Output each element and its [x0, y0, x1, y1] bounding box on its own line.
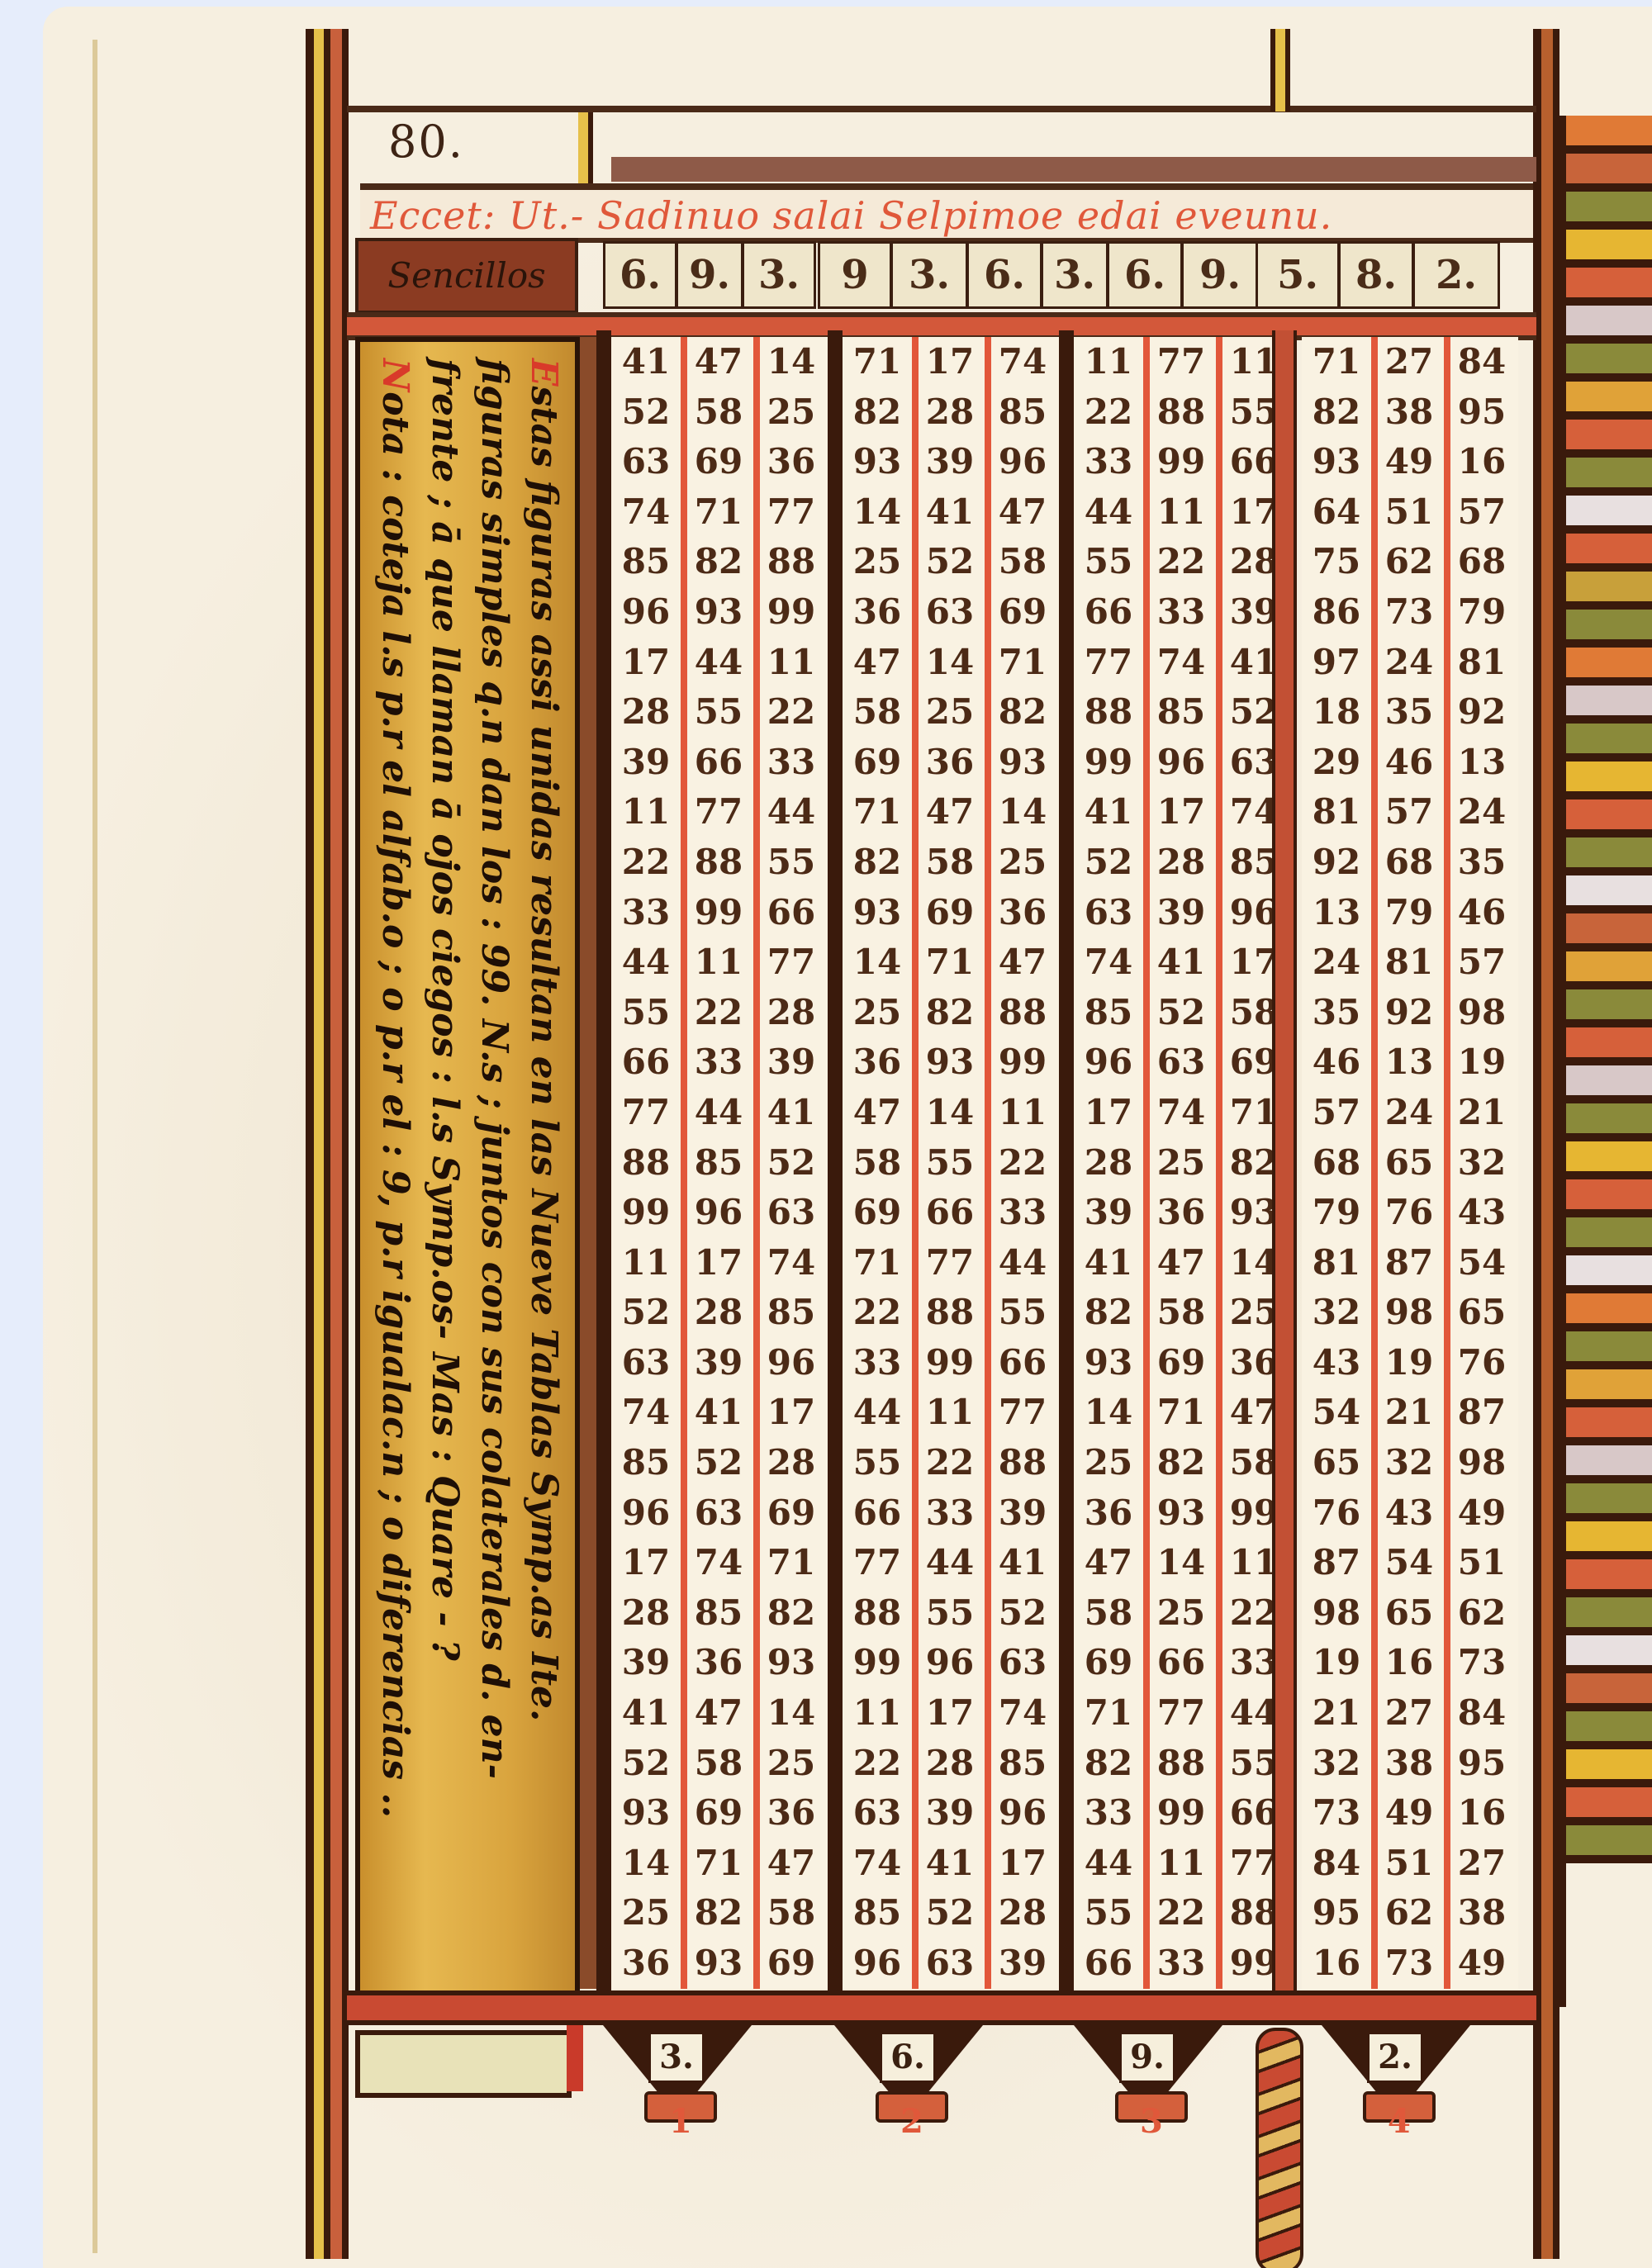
- number-cell: 39: [988, 1488, 1057, 1539]
- number-cell: 44: [915, 1538, 985, 1588]
- number-cell: 77: [915, 1238, 985, 1288]
- number-cell: 14: [988, 787, 1057, 837]
- number-cell: 71: [1302, 337, 1371, 387]
- number-column: 7182931425364758697182931425364758697122…: [843, 337, 912, 1989]
- number-cell: 74: [1146, 638, 1216, 688]
- border-stripe: [1566, 534, 1652, 572]
- number-cell: 22: [684, 988, 753, 1038]
- header-digit-cell: 6.: [603, 241, 677, 309]
- number-cell: 22: [1074, 387, 1143, 438]
- number-cell: 38: [1374, 387, 1444, 438]
- number-cell: 88: [1074, 687, 1143, 738]
- number-cell: 69: [757, 1938, 826, 1989]
- number-cell: 41: [1146, 937, 1216, 988]
- number-cell: 44: [684, 1088, 753, 1138]
- number-cell: 22: [1146, 1888, 1216, 1938]
- number-cell: 47: [843, 638, 912, 688]
- number-cell: 44: [1074, 487, 1143, 538]
- top-rule-1: [347, 106, 1536, 112]
- right-striped-border: [1559, 116, 1652, 2007]
- number-cell: 99: [988, 1037, 1057, 1088]
- number-cell: 58: [684, 387, 753, 438]
- initial-e: E: [523, 358, 565, 387]
- number-cell: 82: [843, 387, 912, 438]
- number-cell: 62: [1374, 537, 1444, 587]
- number-cell: 47: [1074, 1538, 1143, 1588]
- number-cell: 49: [1447, 1488, 1517, 1539]
- number-cell: 47: [843, 1088, 912, 1138]
- number-cell: 88: [915, 1288, 985, 1338]
- number-cell: 41: [988, 1538, 1057, 1588]
- number-cell: 36: [988, 888, 1057, 938]
- number-cell: 58: [915, 837, 985, 888]
- number-cell: 93: [757, 1638, 826, 1688]
- header-digit-cell: 6.: [1107, 241, 1183, 309]
- number-cell: 74: [988, 1688, 1057, 1739]
- red-column-rule: [1371, 337, 1378, 1989]
- number-cell: 14: [843, 937, 912, 988]
- number-cell: 44: [988, 1238, 1057, 1288]
- number-cell: 71: [843, 337, 912, 387]
- number-cell: 73: [1374, 587, 1444, 638]
- number-cell: 52: [1074, 837, 1143, 888]
- number-cell: 79: [1374, 888, 1444, 938]
- number-cell: 11: [611, 787, 681, 837]
- number-column: 2738495162732435465768798192132465768798…: [1374, 337, 1444, 1989]
- number-cell: 27: [1447, 1839, 1517, 1889]
- number-cell: 52: [684, 1438, 753, 1488]
- header-digit-cell: 3.: [1041, 241, 1108, 309]
- number-cell: 51: [1374, 1839, 1444, 1889]
- number-cell: 55: [915, 1588, 985, 1639]
- border-stripe: [1566, 458, 1652, 496]
- number-cell: 88: [988, 988, 1057, 1038]
- number-cell: 84: [1447, 1688, 1517, 1739]
- number-cell: 11: [1074, 337, 1143, 387]
- number-cell: 84: [1447, 337, 1517, 387]
- border-stripe: [1566, 1141, 1652, 1179]
- number-cell: 77: [988, 1388, 1057, 1438]
- number-cell: 58: [757, 1888, 826, 1938]
- border-stripe: [1566, 1027, 1652, 1065]
- header-digit-cell: 6.: [966, 241, 1042, 309]
- number-cell: 16: [1447, 1788, 1517, 1839]
- number-cell: 17: [684, 1238, 753, 1288]
- header-red-band: [347, 312, 1536, 340]
- number-cell: 17: [611, 1538, 681, 1588]
- number-cell: 71: [1146, 1388, 1216, 1438]
- number-cell: 52: [915, 537, 985, 587]
- border-stripe: [1566, 762, 1652, 799]
- number-cell: 11: [757, 638, 826, 688]
- number-cell: 63: [915, 587, 985, 638]
- border-stripe: [1566, 1445, 1652, 1483]
- number-cell: 66: [843, 1488, 912, 1539]
- number-column: 4152637485961728391122334455667788991152…: [611, 337, 681, 1989]
- number-cell: 88: [1146, 1739, 1216, 1789]
- number-cell: 98: [1374, 1288, 1444, 1338]
- number-cell: 93: [843, 437, 912, 487]
- number-cell: 93: [611, 1788, 681, 1839]
- border-stripe: [1566, 1749, 1652, 1787]
- number-cell: 82: [1146, 1438, 1216, 1488]
- number-cell: 93: [684, 587, 753, 638]
- number-cell: 17: [988, 1839, 1057, 1889]
- number-cell: 47: [1146, 1238, 1216, 1288]
- border-stripe: [1566, 724, 1652, 762]
- number-cell: 85: [1074, 988, 1143, 1038]
- number-cell: 21: [1302, 1688, 1371, 1739]
- number-cell: 71: [915, 937, 985, 988]
- number-cell: 74: [1074, 937, 1143, 988]
- number-cell: 92: [1374, 988, 1444, 1038]
- number-cell: 25: [843, 988, 912, 1038]
- number-cell: 66: [1074, 1938, 1143, 1989]
- number-cell: 87: [1447, 1388, 1517, 1438]
- header-label-sencillos: Sencillos: [355, 238, 578, 314]
- number-cell: 36: [611, 1938, 681, 1989]
- number-cell: 46: [1374, 738, 1444, 788]
- number-cell: 52: [988, 1588, 1057, 1639]
- number-cell: 39: [915, 1788, 985, 1839]
- number-cell: 71: [843, 1238, 912, 1288]
- number-cell: 86: [1302, 587, 1371, 638]
- number-cell: 65: [1302, 1438, 1371, 1488]
- number-cell: 49: [1374, 1788, 1444, 1839]
- number-cell: 41: [1074, 787, 1143, 837]
- number-cell: 32: [1302, 1288, 1371, 1338]
- number-cell: 47: [757, 1839, 826, 1889]
- number-cell: 63: [757, 1188, 826, 1238]
- number-table-3: 1122334455667788994152637485961728394182…: [1074, 337, 1290, 1989]
- bottom-red-strip: [567, 2025, 583, 2091]
- number-cell: 25: [1146, 1138, 1216, 1189]
- number-cell: 92: [1302, 837, 1371, 888]
- number-cell: 69: [684, 437, 753, 487]
- top-divider-right: [1270, 29, 1290, 112]
- number-cell: 55: [684, 687, 753, 738]
- border-stripe: [1566, 875, 1652, 913]
- number-cell: 14: [1074, 1388, 1143, 1438]
- number-cell: 36: [915, 738, 985, 788]
- number-cell: 96: [1074, 1037, 1143, 1088]
- number-cell: 22: [1146, 537, 1216, 587]
- number-cell: 27: [1374, 1688, 1444, 1739]
- border-stripe: [1566, 1331, 1652, 1369]
- number-cell: 63: [843, 1788, 912, 1839]
- number-cell: 71: [843, 787, 912, 837]
- number-cell: 19: [1302, 1638, 1371, 1688]
- number-cell: 65: [1447, 1288, 1517, 1338]
- number-cell: 69: [988, 587, 1057, 638]
- number-cell: 39: [611, 738, 681, 788]
- number-cell: 66: [988, 1338, 1057, 1388]
- number-cell: 39: [611, 1638, 681, 1688]
- red-column-rule: [985, 337, 991, 1989]
- number-cell: 55: [757, 837, 826, 888]
- number-cell: 22: [757, 687, 826, 738]
- number-cell: 36: [757, 1788, 826, 1839]
- number-cell: 36: [1146, 1188, 1216, 1238]
- number-cell: 21: [1447, 1088, 1517, 1138]
- number-cell: 77: [757, 487, 826, 538]
- number-cell: 95: [1302, 1888, 1371, 1938]
- number-cell: 73: [1447, 1638, 1517, 1688]
- number-cell: 14: [915, 638, 985, 688]
- number-cell: 19: [1374, 1338, 1444, 1388]
- number-cell: 35: [1302, 988, 1371, 1038]
- header-digit-cell: 9: [818, 241, 892, 309]
- number-cell: 57: [1374, 787, 1444, 837]
- number-cell: 17: [915, 1688, 985, 1739]
- number-cell: 16: [1447, 437, 1517, 487]
- number-cell: 11: [611, 1238, 681, 1288]
- number-column: 1728394152631425364758697182931455667788…: [915, 337, 985, 1989]
- number-cell: 33: [915, 1488, 985, 1539]
- number-cell: 77: [684, 787, 753, 837]
- number-cell: 93: [915, 1037, 985, 1088]
- number-cell: 95: [1447, 387, 1517, 438]
- number-cell: 13: [1447, 738, 1517, 788]
- number-cell: 41: [915, 487, 985, 538]
- frame-bar-right-2: [1541, 29, 1553, 2259]
- number-cell: 17: [1146, 787, 1216, 837]
- number-cell: 88: [1146, 387, 1216, 438]
- number-cell: 28: [757, 1438, 826, 1488]
- number-cell: 52: [611, 387, 681, 438]
- banner-title: Eccet: Ut.- Sadinuo salai Selpimoe edai …: [370, 193, 1332, 238]
- number-cell: 74: [843, 1839, 912, 1889]
- note-line-4: Nota : coteja l.s p.r el alfab.o ; o p.r…: [370, 358, 420, 1944]
- number-cell: 62: [1447, 1588, 1517, 1639]
- number-cell: 82: [988, 687, 1057, 738]
- number-cell: 58: [843, 1138, 912, 1189]
- note-line-1: Estas figuras assi unidas resultan en la…: [519, 358, 568, 1944]
- number-cell: 74: [988, 337, 1057, 387]
- number-cell: 69: [1074, 1638, 1143, 1688]
- number-cell: 93: [1074, 1338, 1143, 1388]
- number-cell: 36: [843, 587, 912, 638]
- number-cell: 97: [1302, 638, 1371, 688]
- red-column-rule: [1143, 337, 1150, 1989]
- number-cell: 52: [915, 1888, 985, 1938]
- number-cell: 11: [684, 937, 753, 988]
- table-number: 2: [900, 2102, 923, 2141]
- number-cell: 41: [611, 337, 681, 387]
- number-cell: 54: [1302, 1388, 1371, 1438]
- frame-bar-right-1: [1533, 29, 1541, 2259]
- number-column: 4758697182934455667788991122334485961728…: [684, 337, 753, 1989]
- number-cell: 24: [1447, 787, 1517, 837]
- number-cell: 93: [988, 738, 1057, 788]
- red-column-rule: [1216, 337, 1222, 1989]
- number-cell: 96: [611, 1488, 681, 1539]
- number-cell: 79: [1302, 1188, 1371, 1238]
- number-cell: 24: [1374, 638, 1444, 688]
- number-cell: 74: [1146, 1088, 1216, 1138]
- note-line-3: frente ; ā que llaman ā ojos ciegos : l.…: [420, 358, 469, 1944]
- number-cell: 85: [611, 1438, 681, 1488]
- number-cell: 88: [988, 1438, 1057, 1488]
- number-cell: 82: [1074, 1288, 1143, 1338]
- border-stripe: [1566, 799, 1652, 837]
- number-cell: 62: [1374, 1888, 1444, 1938]
- number-cell: 16: [1302, 1938, 1371, 1989]
- number-cell: 36: [843, 1037, 912, 1088]
- number-cell: 33: [611, 888, 681, 938]
- border-stripe: [1566, 1787, 1652, 1825]
- number-cell: 74: [611, 487, 681, 538]
- number-cell: 55: [1074, 1888, 1143, 1938]
- border-stripe: [1566, 610, 1652, 648]
- number-cell: 76: [1447, 1338, 1517, 1388]
- number-cell: 36: [757, 437, 826, 487]
- number-cell: 96: [915, 1638, 985, 1688]
- number-cell: 58: [843, 687, 912, 738]
- frame-bar-red: [330, 29, 342, 2259]
- number-cell: 96: [843, 1938, 912, 1989]
- number-cell: 33: [1146, 587, 1216, 638]
- border-stripe: [1566, 951, 1652, 989]
- number-cell: 39: [915, 437, 985, 487]
- border-stripe: [1566, 1103, 1652, 1141]
- block-separator-4: [1272, 330, 1297, 1990]
- number-cell: 39: [757, 1037, 826, 1088]
- border-stripe: [1566, 989, 1652, 1027]
- border-stripe: [1566, 306, 1652, 344]
- number-cell: 93: [1146, 1488, 1216, 1539]
- header-digit-cell: 3.: [890, 241, 968, 309]
- number-cell: 85: [843, 1888, 912, 1938]
- number-cell: 11: [1146, 487, 1216, 538]
- border-stripe: [1566, 1559, 1652, 1597]
- number-cell: 25: [611, 1888, 681, 1938]
- frame-bar-dark-2: [324, 29, 330, 2259]
- border-stripe: [1566, 154, 1652, 192]
- red-column-rule: [753, 337, 760, 1989]
- number-cell: 38: [1447, 1888, 1517, 1938]
- number-cell: 14: [1146, 1538, 1216, 1588]
- left-margin: [93, 40, 337, 2253]
- number-cell: 74: [684, 1538, 753, 1588]
- block-separator-1: [596, 330, 611, 1990]
- number-cell: 71: [988, 638, 1057, 688]
- number-cell: 39: [988, 1938, 1057, 1989]
- border-stripe: [1566, 1635, 1652, 1673]
- block-separator-3: [1059, 330, 1074, 1990]
- header-digit-cell: 2.: [1412, 241, 1500, 309]
- number-cell: 28: [684, 1288, 753, 1338]
- number-cell: 35: [1374, 687, 1444, 738]
- number-cell: 74: [757, 1238, 826, 1288]
- number-cell: 52: [611, 1739, 681, 1789]
- number-cell: 93: [843, 888, 912, 938]
- number-cell: 96: [988, 1788, 1057, 1839]
- initial-n: N: [374, 358, 416, 391]
- number-cell: 71: [1074, 1688, 1143, 1739]
- number-cell: 13: [1374, 1037, 1444, 1088]
- number-cell: 17: [611, 638, 681, 688]
- number-cell: 88: [611, 1138, 681, 1189]
- top-divider-yellow: [578, 112, 593, 183]
- number-cell: 25: [988, 837, 1057, 888]
- number-cell: 96: [611, 587, 681, 638]
- number-cell: 99: [1146, 1788, 1216, 1839]
- number-cell: 25: [1074, 1438, 1143, 1488]
- number-cell: 44: [611, 937, 681, 988]
- number-column: 7485964758697182931425364788991122334455…: [988, 337, 1057, 1989]
- number-cell: 63: [915, 1938, 985, 1989]
- number-cell: 58: [684, 1739, 753, 1789]
- pendant-digit: 2.: [1367, 2032, 1423, 2083]
- number-cell: 55: [915, 1138, 985, 1189]
- number-cell: 41: [684, 1388, 753, 1438]
- number-cell: 41: [757, 1088, 826, 1138]
- top-rule-2: [611, 157, 1536, 182]
- number-cell: 98: [1447, 988, 1517, 1038]
- number-cell: 82: [1302, 387, 1371, 438]
- number-cell: 82: [1074, 1739, 1143, 1789]
- number-cell: 35: [1447, 837, 1517, 888]
- number-cell: 25: [757, 1739, 826, 1789]
- number-cell: 65: [1374, 1588, 1444, 1639]
- number-cell: 69: [843, 1188, 912, 1238]
- number-cell: 69: [915, 888, 985, 938]
- number-cell: 55: [988, 1288, 1057, 1338]
- number-cell: 22: [843, 1288, 912, 1338]
- number-cell: 99: [757, 587, 826, 638]
- table-number: 4: [1388, 2102, 1411, 2141]
- frame-bar-yellow: [314, 29, 324, 2259]
- header-row: Sencillos 6.9.3.93.6.3.6.9.5.8.2.: [355, 238, 1536, 311]
- number-cell: 49: [1447, 1938, 1517, 1989]
- number-column: 1425367788991122334455667728394152637485…: [757, 337, 826, 1989]
- number-cell: 46: [1447, 888, 1517, 938]
- number-table-2: 7182931425364758697182931425364758697122…: [843, 337, 1059, 1989]
- number-cell: 14: [915, 1088, 985, 1138]
- number-cell: 41: [1074, 1238, 1143, 1288]
- number-cell: 39: [1146, 888, 1216, 938]
- number-cell: 28: [611, 1588, 681, 1639]
- number-cell: 47: [988, 487, 1057, 538]
- border-stripe: [1566, 1711, 1652, 1749]
- number-cell: 22: [611, 837, 681, 888]
- number-cell: 85: [757, 1288, 826, 1338]
- number-cell: 68: [1302, 1138, 1371, 1189]
- number-cell: 25: [1146, 1588, 1216, 1639]
- number-cell: 69: [1146, 1338, 1216, 1388]
- number-cell: 41: [915, 1839, 985, 1889]
- braided-cord: [1256, 2028, 1303, 2268]
- number-cell: 33: [1146, 1938, 1216, 1989]
- border-stripe: [1566, 420, 1652, 458]
- number-cell: 76: [1374, 1188, 1444, 1238]
- number-cell: 64: [1302, 487, 1371, 538]
- number-cell: 44: [1074, 1839, 1143, 1889]
- number-cell: 28: [757, 988, 826, 1038]
- number-column: 7788991122337485961728394152637425364758…: [1146, 337, 1216, 1989]
- red-column-rule: [681, 337, 687, 1989]
- frame-bar-dark-3: [342, 29, 349, 2259]
- number-cell: 14: [757, 1688, 826, 1739]
- border-stripe: [1566, 230, 1652, 268]
- number-cell: 77: [1146, 337, 1216, 387]
- number-cell: 29: [1302, 738, 1371, 788]
- border-stripe: [1566, 1407, 1652, 1445]
- number-cell: 98: [1447, 1438, 1517, 1488]
- number-cell: 55: [843, 1438, 912, 1488]
- border-stripe: [1566, 1179, 1652, 1217]
